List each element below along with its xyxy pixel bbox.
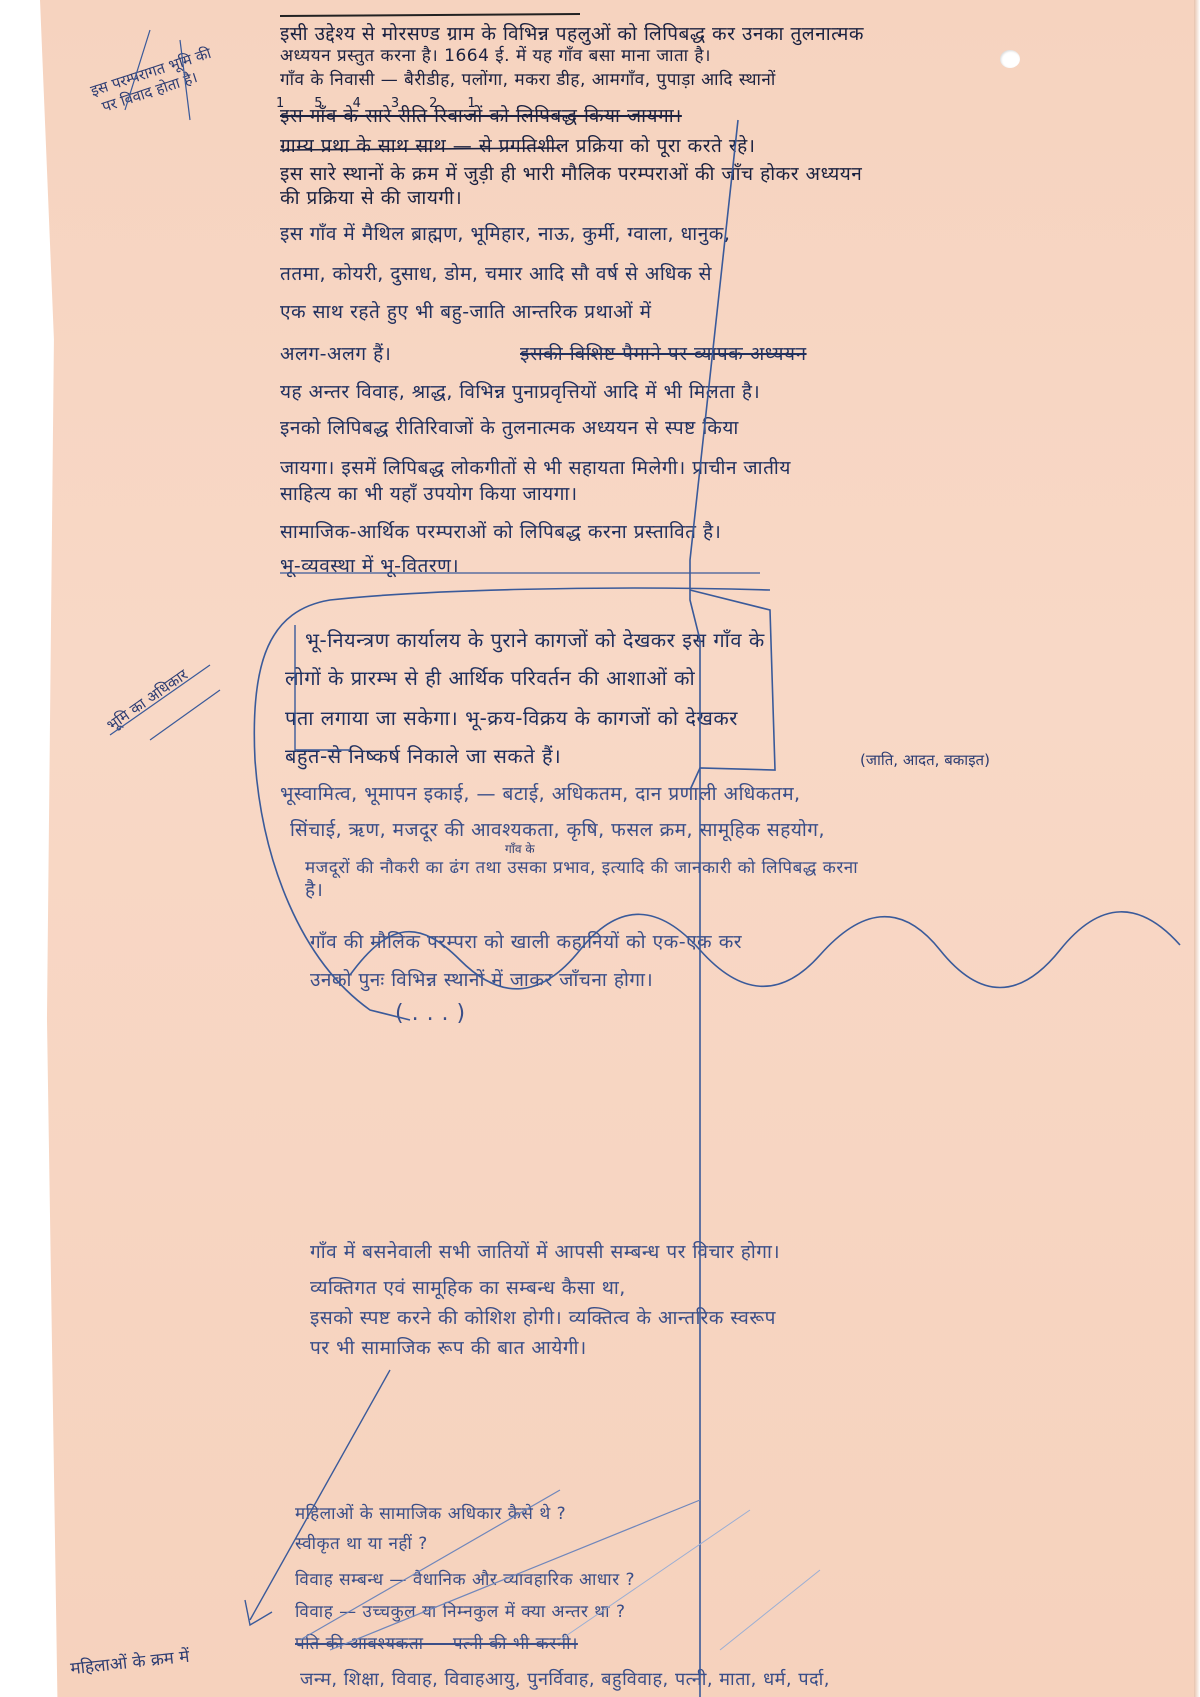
text-line: पर भी सामाजिक रूप की बात आयेगी। <box>310 1336 587 1360</box>
text-line: गाँव के निवासी — बैरीडीह, पलोंगा, मकरा ड… <box>280 68 776 92</box>
text-line: गाँव में बसनेवाली सभी जातियों में आपसी स… <box>310 1240 780 1264</box>
list-item-struck: पति की आवश्यकता — पत्नी की भी करनी। <box>295 1632 578 1656</box>
text-line: जायगा। इसमें लिपिबद्ध लोकगीतों से भी सहा… <box>280 456 791 480</box>
text-line: एक साथ रहते हुए भी बहु-जाति आन्तरिक प्रथ… <box>280 300 652 324</box>
inserted-note: (जाति, आदत, बकाइत) <box>860 750 990 770</box>
text-line: मजदूरों की नौकरी का ढंग तथा उसका प्रभाव,… <box>305 856 858 880</box>
text-line: व्यक्तिगत एवं सामूहिक का सम्बन्ध कैसा था… <box>310 1276 626 1300</box>
text-line: सामाजिक-आर्थिक परम्पराओं को लिपिबद्ध करन… <box>280 520 721 544</box>
list-item: विवाह सम्बन्ध — वैधानिक और व्यावहारिक आध… <box>295 1568 635 1592</box>
boxed-text-line: पता लगाया जा सकेगा। भू-क्रय-विक्रय के का… <box>285 706 738 730</box>
text-line: इसी उद्देश्य से मोरसण्ड ग्राम के विभिन्न… <box>280 22 864 46</box>
list-item: स्वीकृत था या नहीं ? <box>295 1532 428 1556</box>
text-line: इनको लिपिबद्ध रीतिरिवाजों के तुलनात्मक अ… <box>280 416 739 440</box>
text-line: है। <box>305 878 323 902</box>
text-line: ग्राम्य प्रथा के साथ साथ — से प्रगतिशील … <box>280 134 755 158</box>
text-line: की प्रक्रिया से की जायगी। <box>280 186 462 210</box>
text-line: इसको स्पष्ट करने की कोशिश होगी। व्यक्तित… <box>310 1306 776 1330</box>
boxed-text-line: लोगों के प्रारम्भ से ही आर्थिक परिवर्तन … <box>285 666 695 690</box>
list-item: महिलाओं के सामाजिक अधिकार कैसे थे ? <box>295 1502 566 1526</box>
struck-line: इसकी विशिष्ट पैमाने पर व्यापक अध्ययन <box>520 342 807 366</box>
boxed-text-line: भू-नियन्त्रण कार्यालय के पुराने कागजों क… <box>305 628 765 652</box>
text-line: भू-व्यवस्था में भू-वितरण। <box>280 554 459 578</box>
punch-hole <box>1000 50 1020 68</box>
ellipsis: ( . . . ) <box>395 1002 466 1026</box>
last-line: जन्म, शिक्षा, विवाह, विवाहआयु, पुनर्विवा… <box>300 1668 830 1692</box>
text-line: यह अन्तर विवाह, श्राद्ध, विभिन्न पुनाप्र… <box>280 380 760 404</box>
text-line: साहित्य का भी यहाँ उपयोग किया जायगा। <box>280 482 578 506</box>
text-line: इस सारे स्थानों के क्रम में जुड़ी ही भार… <box>280 162 862 186</box>
manuscript-page <box>40 0 1200 1697</box>
text-line: सिंचाई, ऋण, मजदूर की आवश्यकता, कृषि, फसल… <box>290 818 825 842</box>
struck-line: इस गाँव के सारे रीति रिवाजों को लिपिबद्ध… <box>280 104 682 128</box>
list-item: विवाह — उच्चकुल या निम्नकुल में क्या अन्… <box>295 1600 626 1624</box>
text-line: भूस्वामित्व, भूमापन इकाई, — बटाई, अधिकतम… <box>280 782 801 806</box>
wavy-text-line: गाँव की मौलिक परम्परा को खाली कहानियों क… <box>310 930 742 954</box>
insert-above: गाँव के <box>505 840 535 857</box>
page-edge <box>1194 0 1200 1697</box>
text-line: अध्ययन प्रस्तुत करना है। 1664 ई. में यह … <box>280 44 711 68</box>
text-line: ततमा, कोयरी, दुसाध, डोम, चमार आदि सौ वर्… <box>280 262 712 286</box>
boxed-text-line: बहुत-से निष्कर्ष निकाले जा सकते हैं। <box>285 744 561 768</box>
text-line: अलग-अलग हैं। <box>280 342 391 366</box>
wavy-text-line: उनको पुनः विभिन्न स्थानों में जाकर जाँचन… <box>310 968 653 992</box>
text-line: इस गाँव में मैथिल ब्राह्मण, भूमिहार, नाऊ… <box>280 222 730 246</box>
